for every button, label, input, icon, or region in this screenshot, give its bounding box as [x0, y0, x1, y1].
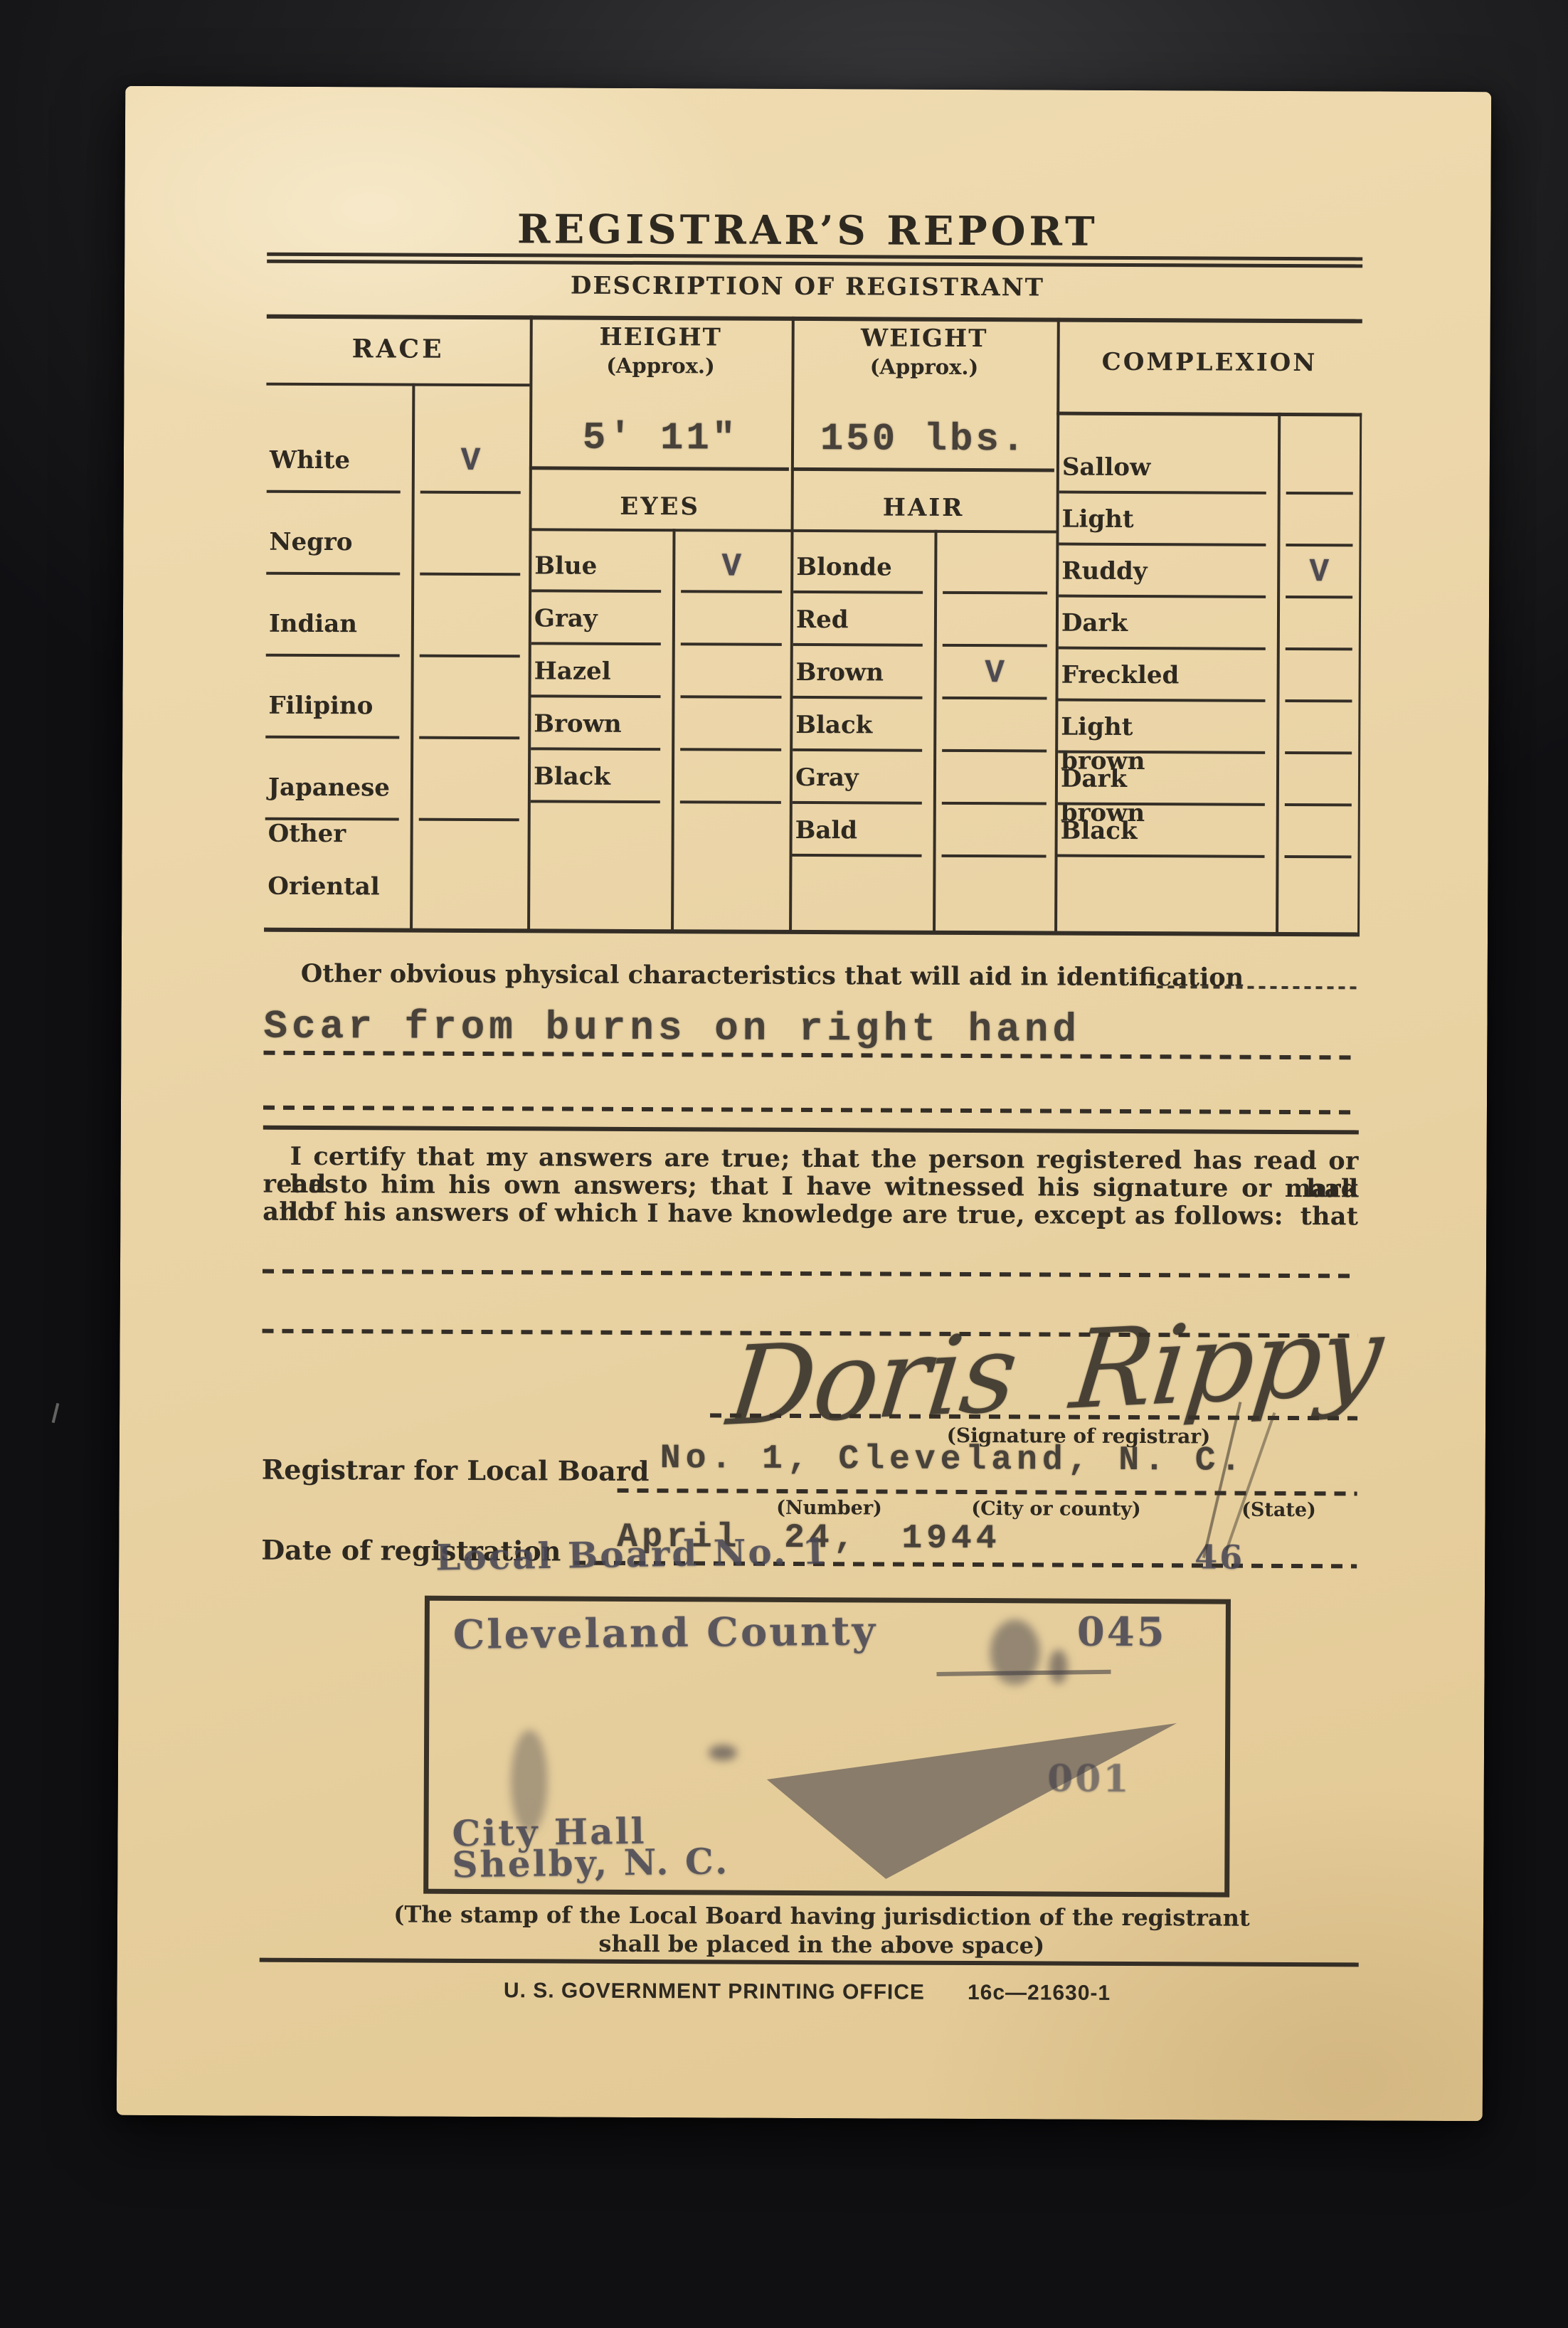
race-option-label: Other Oriental [267, 821, 380, 874]
complexion-option-label: Light brown [1061, 710, 1145, 745]
rule-line [267, 314, 1362, 324]
option-underline [1059, 647, 1266, 650]
stamp-box-caption-line: shall be placed in the above space) [281, 1930, 1362, 1960]
eyes-check-mark: V [672, 546, 790, 587]
complexion-option-label: Black [1061, 814, 1138, 848]
race-option-label: White [270, 443, 350, 477]
complexion-option-label: Dark [1061, 606, 1128, 640]
option-underline [531, 642, 661, 645]
option-underline [531, 589, 661, 593]
rule-line [1054, 318, 1060, 934]
option-underline [793, 591, 923, 594]
option-underline [793, 748, 922, 752]
option-check-underline [1286, 647, 1352, 650]
complexion-column-header: COMPLEXION [1056, 346, 1362, 379]
option-check-underline [420, 491, 521, 494]
stamp-box-caption-line: (The stamp of the Local Board having jur… [281, 1901, 1362, 1932]
eyes-section-header: EYES [529, 490, 791, 523]
printing-office-text: U. S. GOVERNMENT PRINTING OFFICE [504, 1979, 925, 2005]
option-underline [793, 801, 922, 805]
complexion-option-label: Sallow [1062, 450, 1151, 485]
footer-imprint: U. S. GOVERNMENT PRINTING OFFICE 16c—216… [259, 1976, 1355, 2009]
registrar-report-card: REGISTRAR’S REPORT DESCRIPTION OF REGIST… [117, 86, 1491, 2121]
race-option-label: Filipino [268, 689, 373, 724]
state-caption: (State) [1200, 1498, 1357, 1523]
option-check-underline [942, 697, 1047, 700]
rule-line [791, 467, 1054, 472]
characteristics-value: Scar from burns on right hand [263, 1005, 1081, 1052]
eyes-option-label: Gray [534, 601, 598, 635]
height-approx-label: (Approx.) [529, 352, 791, 379]
eyes-option-label: Black [534, 759, 610, 793]
option-underline [793, 696, 922, 699]
eyes-option-label: Hazel [534, 654, 611, 688]
ink-smudge [709, 1745, 737, 1760]
hair-option-label: Black [795, 708, 872, 742]
option-underline [266, 654, 400, 657]
complexion-check-mark: V [1277, 552, 1361, 593]
race-check-mark: V [412, 441, 529, 482]
rule-line [933, 530, 937, 933]
dashed-line [263, 1269, 1358, 1279]
option-underline [267, 490, 401, 494]
option-underline [793, 854, 922, 857]
race-column-header: RACE [267, 333, 530, 366]
option-underline [1059, 543, 1266, 546]
option-check-underline [1286, 596, 1352, 598]
complexion-option-label: Ruddy [1061, 554, 1147, 589]
complexion-option-label: Freckled [1061, 658, 1180, 693]
rule-line [263, 1126, 1359, 1135]
race-option-label: Japanese [268, 771, 390, 805]
rule-line [529, 466, 789, 471]
dashed-line [263, 1051, 1359, 1060]
option-check-underline [419, 736, 519, 740]
number-caption: (Number) [736, 1496, 921, 1521]
weight-approx-label: (Approx.) [791, 354, 1056, 381]
option-underline [531, 694, 660, 698]
rule-line [1357, 413, 1362, 935]
rule-line [1276, 413, 1281, 935]
option-check-underline [680, 695, 781, 699]
characteristics-label: Other obvious physical characteristics t… [301, 958, 1244, 995]
option-underline [265, 736, 399, 739]
complexion-option-label: Dark brown [1061, 762, 1145, 797]
option-check-underline [942, 855, 1047, 858]
weight-value: 150 lbs. [791, 418, 1056, 463]
option-check-underline [1286, 544, 1352, 546]
eyes-option-label: Blue [534, 549, 597, 583]
option-underline [1059, 491, 1266, 494]
option-check-underline [943, 591, 1047, 595]
option-underline [266, 572, 400, 576]
race-option-label: Indian [269, 607, 357, 642]
option-check-underline [420, 573, 520, 576]
ink-smudge [1049, 1650, 1067, 1684]
hair-section-header: HAIR [791, 492, 1056, 524]
hair-check-mark: V [934, 653, 1056, 694]
option-underline [1059, 595, 1266, 598]
hair-option-label: Bald [795, 813, 858, 847]
weight-column-header: WEIGHT [792, 324, 1057, 354]
rule-line [789, 317, 795, 933]
city-state-stamp-text: Shelby, N. C. [452, 1842, 730, 1884]
option-check-underline [420, 655, 520, 658]
hair-option-label: Brown [796, 655, 884, 690]
print-code-text: 16c—21630-1 [968, 1981, 1111, 2006]
rule-line [529, 528, 791, 532]
option-underline [793, 643, 923, 647]
city-or-county-caption: (City or county) [949, 1497, 1162, 1522]
certification-line: all of his answers of which I have knowl… [263, 1198, 1358, 1231]
option-check-underline [1285, 803, 1352, 806]
rule-line [671, 529, 675, 932]
option-check-underline [942, 749, 1047, 753]
rule-line [267, 260, 1362, 268]
option-check-underline [680, 748, 781, 751]
rule-line [793, 529, 1056, 534]
option-check-underline [1285, 855, 1352, 858]
document-subtitle: DESCRIPTION OF REGISTRANT [125, 267, 1490, 307]
hair-option-label: Red [796, 603, 849, 637]
option-check-underline [942, 802, 1047, 805]
document-title: REGISTRAR’S REPORT [125, 203, 1490, 258]
rule-line [527, 315, 533, 931]
dashed-line [263, 1106, 1359, 1115]
option-check-underline [419, 818, 519, 822]
hair-option-label: Blonde [796, 550, 892, 585]
rule-line [260, 1958, 1359, 1967]
option-check-underline [680, 800, 781, 804]
option-underline [531, 747, 660, 751]
race-option-label: Negro [269, 525, 352, 560]
option-check-underline [1285, 699, 1352, 702]
complexion-option-label: Light [1061, 502, 1133, 536]
local-board-stamp-text: Local Board No. 1 [435, 1530, 830, 1578]
height-column-header: HEIGHT [530, 322, 792, 352]
hair-option-label: Gray [795, 761, 859, 795]
stamp-code-top: 045 [1065, 1610, 1179, 1655]
rule-line [266, 383, 529, 387]
rule-line [264, 928, 1360, 937]
option-underline [1058, 699, 1265, 702]
option-underline [1058, 855, 1265, 858]
registrar-signature: Doris Rippy [722, 1292, 1387, 1450]
option-check-underline [681, 590, 782, 593]
option-check-underline [943, 644, 1047, 647]
option-check-underline [1285, 751, 1352, 754]
option-check-underline [681, 642, 782, 646]
height-value: 5' 11" [529, 416, 791, 462]
option-underline [531, 800, 660, 803]
option-check-underline [1286, 492, 1353, 494]
background-scratch-mark [52, 1403, 60, 1423]
county-stamp-text: Cleveland County [452, 1609, 877, 1657]
registrar-for-local-board-label: Registrar for Local Board [262, 1454, 650, 1487]
eyes-option-label: Brown [534, 707, 622, 741]
rule-line [1056, 412, 1362, 417]
